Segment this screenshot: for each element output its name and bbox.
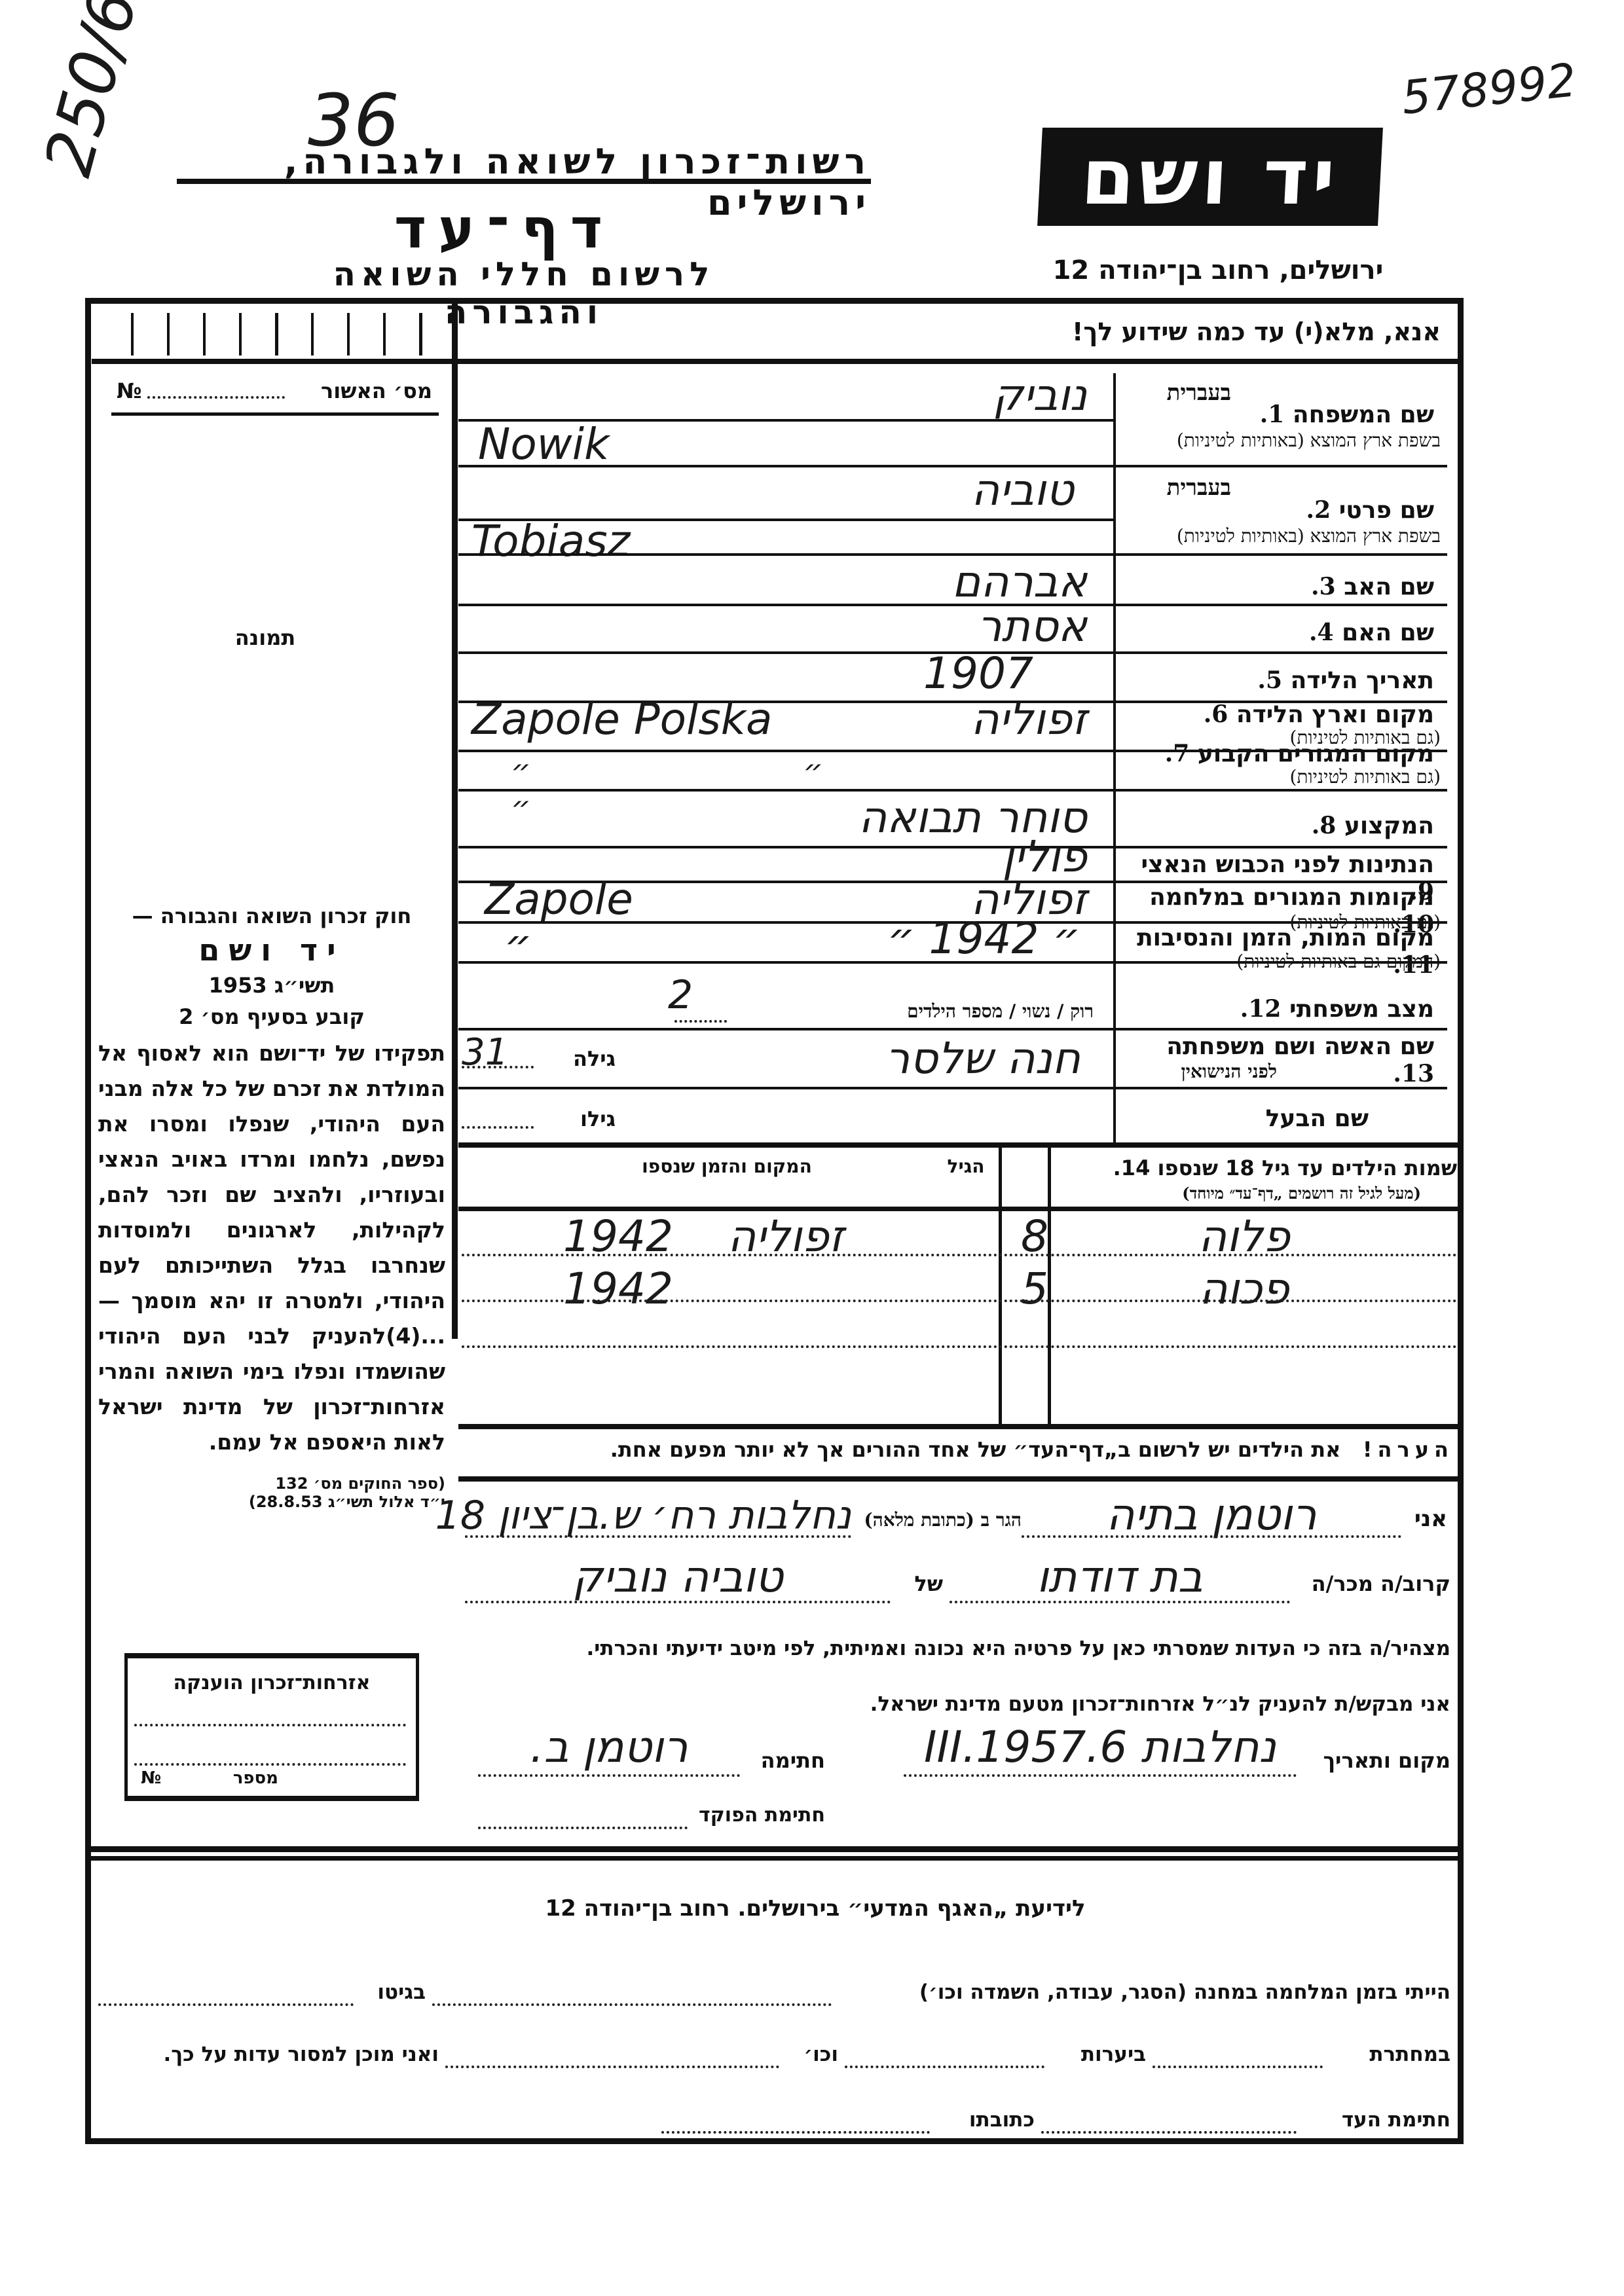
note-bottom-divider	[458, 1476, 1460, 1482]
field-12-options[interactable]: רוק / נשוי / מספר הילדים	[727, 1000, 1094, 1023]
witness-address-label: כתובתו	[936, 2108, 1035, 2132]
signature-line	[478, 1774, 740, 1777]
approval-divider	[111, 412, 439, 416]
children-row-line	[462, 1254, 1457, 1256]
field-5-number: 5.	[1257, 666, 1282, 694]
field-8-number: 8.	[1312, 812, 1337, 839]
field-6-number: 6.	[1204, 701, 1228, 728]
ghetto-field[interactable]	[98, 2003, 354, 2006]
note-text: את הילדים יש לרשום ב„דף־העד״ של אחד ההור…	[610, 1437, 1341, 1462]
field-2-value-latin[interactable]: Tobiasz	[471, 516, 747, 566]
law-name: יד ושם	[98, 932, 445, 968]
law-citation-1: (ספר החוקים מס׳ 132	[98, 1474, 445, 1493]
header-address: ירושלים, רחוב בן־יהודה 12	[1048, 255, 1388, 285]
lower-divider	[85, 1846, 1464, 1852]
husband-age-field[interactable]	[462, 1126, 534, 1129]
citizenship-line[interactable]	[134, 1724, 406, 1726]
child-2-year[interactable]: 1942	[563, 1264, 668, 1314]
field-4-value[interactable]: אסתר	[851, 601, 1087, 651]
logo-text: יד ושם	[1079, 132, 1342, 222]
children-row-2: פכוה 5 1942	[458, 1264, 1460, 1309]
field-13-sub: לפני הנישואין	[1120, 1061, 1277, 1083]
witness-signature-label: חתימת העד	[1303, 2108, 1450, 2132]
instruction-text: אנא, מלא(י) עד כמה שידוע לך!	[1061, 318, 1441, 346]
place-date-line	[904, 1774, 1297, 1777]
field-10-value-latin[interactable]: Zapole	[485, 874, 747, 924]
child-2-age[interactable]: 5	[1002, 1264, 1067, 1314]
of-label: של	[897, 1571, 943, 1596]
field-13-value[interactable]: חנה שלסר	[733, 1033, 1080, 1084]
section-divider	[458, 1142, 1460, 1148]
citizenship-request: אני מבקש/ת להעניק לנ״ל אזרחות־זכרון מטעם…	[720, 1692, 1450, 1716]
children-row-line	[462, 1300, 1457, 1302]
children-subtitle: (מעל לגיל זה רושמים „דף־עד״ מיוחד)	[1054, 1184, 1421, 1203]
label-column-divider	[1113, 373, 1116, 1142]
place-date-label: מקום ותאריך	[1300, 1748, 1450, 1773]
witness-address[interactable]: נחלבות רח׳ ש.בן־ציון 18	[327, 1493, 851, 1539]
field-3-value[interactable]: אברהם	[851, 556, 1087, 607]
children-row-3[interactable]	[458, 1309, 1460, 1349]
law-section: קובע בסעיף מס׳ 2	[98, 1004, 445, 1029]
officer-signature-label: חתימת הפוקד	[694, 1804, 825, 1827]
field-1-value-hebrew[interactable]: נוביק	[838, 370, 1087, 420]
approval-number-field[interactable]	[147, 396, 285, 399]
field-13-number: 13.	[1393, 1060, 1434, 1087]
instruction-divider	[92, 359, 1460, 364]
field-1-sub: בשפת ארץ המוצא (באותיות לטיניות)	[1120, 429, 1441, 452]
child-2-name[interactable]: פכוה	[1113, 1264, 1375, 1314]
approval-no-symbol: №	[117, 378, 142, 403]
citizenship-number-symbol: №	[141, 1768, 161, 1788]
citizenship-box-title: אזרחות־זכרון הוענקה	[128, 1671, 416, 1694]
field-13-label: שם האשה ושם משפחתה	[1166, 1033, 1434, 1060]
field-5-label: תאריך הלידה	[1291, 667, 1434, 694]
side-handwritten-mark: 250/6	[29, 0, 147, 183]
citizenship-box: אזרחות־זכרון הוענקה מספר №	[124, 1653, 419, 1801]
form-title: דף־עד	[367, 196, 642, 261]
children-header-divider	[458, 1207, 1460, 1211]
note-label: הערה!	[1363, 1437, 1454, 1462]
relation-label: קרוב/ה מכר/ה	[1297, 1571, 1450, 1596]
ghetto-label: בגיטו	[360, 1980, 426, 2004]
field-9-label: הנתינות לפני הכבוש הנאצי	[1141, 851, 1434, 878]
citizenship-line	[134, 1763, 406, 1766]
field-12-label: מצב משפחתי	[1289, 996, 1434, 1023]
field-8-label: המקצוע	[1344, 812, 1434, 839]
field-10-label: מקומות המגורים במלחמה	[1149, 884, 1434, 911]
children-count-line	[674, 1020, 727, 1023]
law-text: תפקידו של יד־ושם הוא לאסוף אל המולדת את …	[98, 1036, 445, 1460]
testimony-willing-label: ואני מוכן למסור עדות על כך.	[92, 2043, 439, 2066]
header-divider	[177, 179, 871, 184]
yad-vashem-logo: יד ושם	[1037, 128, 1383, 226]
children-row-line	[462, 1345, 1457, 1348]
forest-field[interactable]	[845, 2066, 1044, 2068]
declaration-i-label: אני	[1408, 1506, 1447, 1532]
forest-label: ביערות	[1051, 2043, 1146, 2066]
witness-signature-field[interactable]	[1041, 2131, 1297, 2134]
field-13-age-label: גילה	[537, 1046, 616, 1071]
husband-name-label: שם הבעל	[1126, 1105, 1369, 1132]
etc-label: וכו׳	[786, 2043, 838, 2066]
citizenship-number-label: מספר	[200, 1768, 278, 1788]
resides-label: הגר ב (כתובת מלאה)	[851, 1509, 1022, 1531]
field-6-label: מקום וארץ הלידה	[1236, 701, 1434, 728]
row-line	[458, 1087, 1447, 1089]
note-top-divider	[458, 1424, 1460, 1429]
witness-address-field[interactable]	[661, 2131, 930, 2134]
children-row-1: פלוה 8 זפוליה 1942	[458, 1211, 1460, 1257]
children-number: 14.	[1113, 1156, 1151, 1180]
field-1-number: 1.	[1260, 401, 1285, 428]
field-7-number: 7.	[1165, 740, 1190, 767]
camp-field[interactable]	[432, 2003, 832, 2006]
field-2-sub: בשפת ארץ המוצא (באותיות לטיניות)	[1120, 525, 1441, 547]
photo-label[interactable]: תמונה	[223, 625, 308, 650]
row-line	[458, 553, 1447, 556]
field-12-children-count[interactable]: 2	[668, 972, 693, 1018]
field-3-number: 3.	[1311, 573, 1336, 600]
field-13-age-value[interactable]: 31	[462, 1031, 508, 1074]
field-1-value-latin[interactable]: Nowik	[478, 419, 740, 469]
law-title: חוק זכרון השואה והגבורה —	[98, 903, 445, 928]
row-line	[458, 1028, 1447, 1030]
field-2-value-hebrew[interactable]: טוביה	[838, 465, 1074, 515]
field-11-value-hebrew[interactable]: ״ 1942 ״	[819, 913, 1080, 964]
field-4-number: 4.	[1309, 619, 1334, 646]
field-6-value-latin[interactable]: Zapole Polska	[471, 694, 864, 744]
code-boxes	[131, 313, 439, 359]
field-7-sub: (גם באותיות לטיניות)	[1120, 766, 1441, 788]
field-3-label: שם האב	[1344, 574, 1434, 600]
place-date-value[interactable]: נחלבות 6.III.1957	[904, 1722, 1297, 1772]
field-12-number: 12.	[1240, 995, 1282, 1023]
children-title: שמות הילדים עד גיל 18 שנספו	[1157, 1156, 1457, 1180]
signature-label: חתימה	[747, 1748, 825, 1773]
row-line	[458, 961, 1447, 964]
field-2-number: 2.	[1306, 496, 1331, 524]
left-panel-divider	[452, 298, 458, 1339]
law-block: חוק זכרון השואה והגבורה — יד ושם תשי״ג 1…	[98, 903, 445, 1511]
underground-label: במחתרת	[1329, 2043, 1450, 2066]
reference-number: 578992	[1399, 53, 1578, 124]
relation-value[interactable]: בת דודתו	[950, 1552, 1290, 1602]
field-6-value-hebrew[interactable]: זפוליה	[851, 694, 1087, 744]
signature-value[interactable]: רוטמן ב.	[478, 1722, 740, 1772]
victim-name[interactable]: טוביה נוביק	[465, 1552, 891, 1602]
husband-age-label: גילו	[537, 1106, 616, 1131]
field-1-label: שם המשפחה	[1293, 401, 1434, 428]
field-2-label: שם פרטי	[1339, 497, 1434, 524]
row-line	[458, 789, 1447, 792]
declaration-statement: מצהיר/ה בזה כי העדות שמסרתי כאן על פרטיה…	[458, 1637, 1450, 1660]
field-4-label: שם האם	[1342, 619, 1434, 646]
approval-label: מס׳ האשור	[288, 378, 432, 403]
witness-name[interactable]: רוטמן בתיה	[1022, 1489, 1401, 1540]
lower-camp-label: הייתי בזמן המלחמה במחנה (הסגר, עבודה, הש…	[838, 1980, 1450, 2004]
lower-form-title: לידיעת „האגף המדעי״ בירושלים. רחוב בן־יה…	[458, 1895, 1172, 1922]
underground-field[interactable]	[1153, 2066, 1323, 2068]
etc-field[interactable]	[445, 2066, 779, 2068]
law-year: תשי״ג 1953	[98, 973, 445, 998]
officer-signature-field[interactable]	[478, 1827, 688, 1829]
field-11-label: מקום המות, הזמן והנסיבות	[1137, 924, 1434, 951]
children-col-place: המקום והזמן שנספו	[458, 1156, 995, 1177]
field-7-label: מקום המגורים הקבוע	[1198, 740, 1434, 767]
field-5-value[interactable]: 1907	[923, 648, 1094, 699]
